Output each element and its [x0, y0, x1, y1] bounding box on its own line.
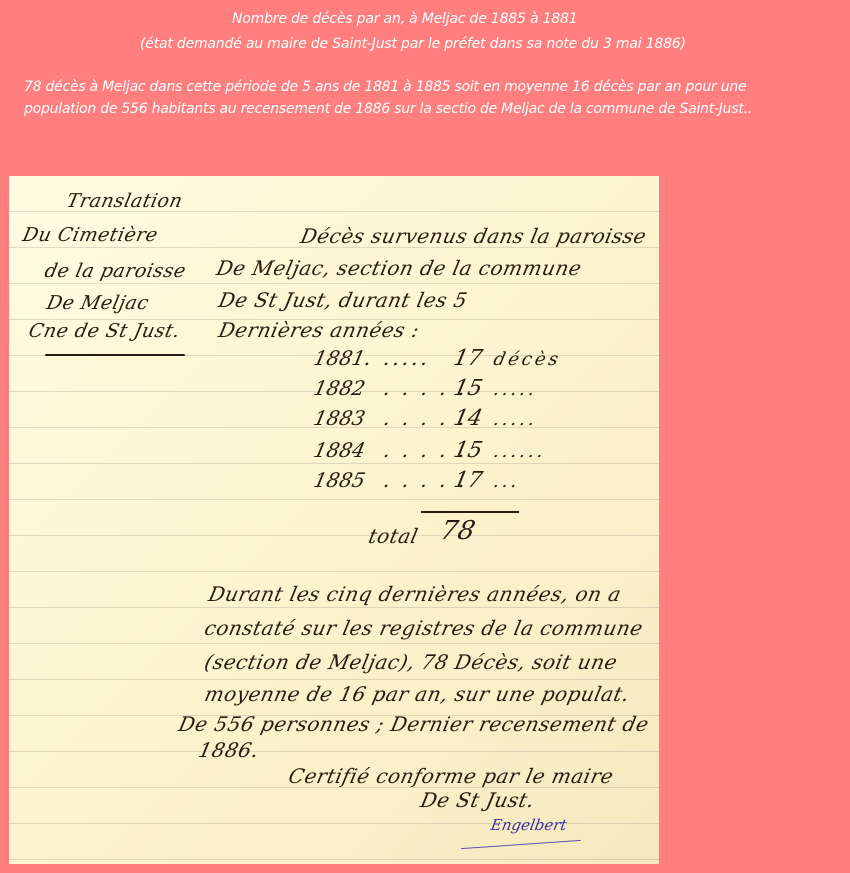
leader-dots: .....	[382, 346, 457, 370]
year-row: 1883. . . . .14.....	[311, 406, 540, 431]
leader-dots: . . . . .	[382, 376, 457, 400]
year-label: 1881.	[312, 346, 387, 370]
intro-line: De Meljac, section de la commune	[214, 256, 584, 280]
year-label: 1884	[312, 438, 387, 462]
margin-note-line: De Meljac	[45, 292, 151, 314]
body-line: constaté sur les registres de la commune	[202, 616, 645, 640]
year-row: 1881......17décès	[311, 346, 563, 371]
signature-underline	[461, 840, 581, 849]
year-row: 1882. . . . .15.....	[311, 376, 540, 401]
count-unit: .....	[492, 379, 540, 400]
body-line: Durant les cinq dernières années, on a	[206, 582, 623, 606]
summary-line-2: population de 556 habitants au recenseme…	[24, 98, 844, 120]
count-unit: .....	[492, 409, 540, 430]
leader-dots: . . . . .	[382, 438, 457, 462]
margin-note-line: Translation	[65, 190, 185, 212]
count-unit: ...	[492, 471, 523, 492]
body-line: moyenne de 16 par an, sur une populat.	[202, 682, 631, 706]
body-line: (section de Meljac), 78 Décès, soit une	[202, 650, 619, 674]
leader-dots: . . . . .	[382, 406, 457, 430]
year-label: 1885	[312, 468, 387, 492]
intro-line: De St Just, durant les 5	[216, 288, 469, 312]
total-rule	[421, 511, 519, 513]
leader-dots: . . . . .	[382, 468, 457, 492]
summary-line-1: 78 décès à Meljac dans cette période de …	[24, 76, 844, 98]
count-unit: ......	[492, 441, 549, 462]
flourish-divider	[45, 354, 185, 356]
total-label: total	[366, 524, 420, 548]
death-count: 17	[451, 468, 496, 493]
page-title: Nombre de décès par an, à Meljac de 1885…	[232, 8, 577, 30]
count-unit: décès	[492, 349, 564, 370]
margin-note-line: Cne de St Just.	[27, 320, 183, 342]
death-count: 14	[451, 406, 496, 431]
scanned-document: Translation Du Cimetière de la paroisse …	[9, 176, 659, 864]
intro-line: Décès survenus dans la paroisse	[298, 224, 648, 248]
certification-line: De St Just.	[418, 788, 536, 812]
margin-note-line: Du Cimetière	[21, 224, 160, 246]
body-line: 1886.	[196, 738, 261, 762]
total-value: 78	[438, 516, 478, 546]
summary-text: 78 décès à Meljac dans cette période de …	[24, 76, 844, 120]
death-count: 15	[451, 438, 496, 463]
body-line: De 556 personnes ; Dernier recensement d…	[176, 712, 651, 736]
death-count: 17	[451, 346, 496, 371]
year-row: 1884. . . . .15......	[311, 438, 549, 463]
death-count: 15	[451, 376, 496, 401]
certification-line: Certifié conforme par le maire	[286, 764, 615, 788]
intro-line: Dernières années :	[216, 318, 421, 342]
page-subtitle: (état demandé au maire de Saint-Just par…	[140, 33, 686, 55]
year-label: 1883	[312, 406, 387, 430]
mayor-signature: Engelbert	[489, 816, 568, 834]
margin-note-line: de la paroisse	[43, 260, 188, 282]
year-label: 1882	[312, 376, 387, 400]
year-row: 1885. . . . .17...	[311, 468, 522, 493]
